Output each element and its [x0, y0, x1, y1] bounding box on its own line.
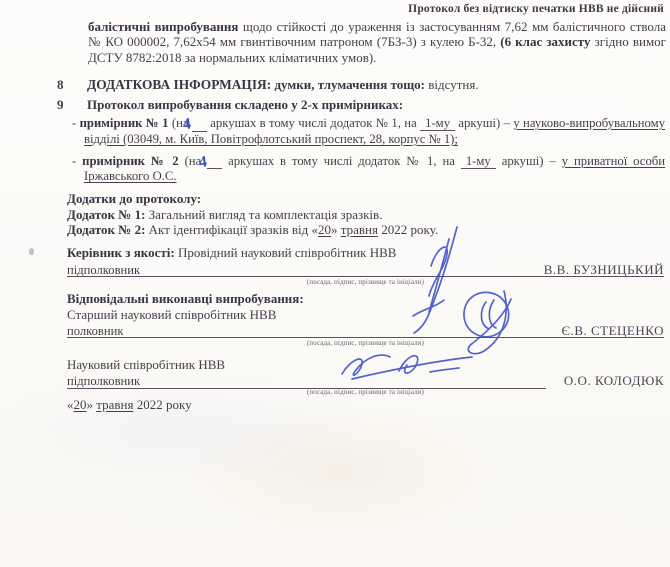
section-8-number: 8 [57, 77, 87, 93]
section-8-value: відсутня. [428, 77, 478, 92]
signature-caption: (посада, підпис, прізвище та ініціали) [67, 278, 664, 287]
copy-1-post: аркуші) – [458, 116, 510, 130]
bullet-dash: - [72, 154, 76, 168]
attachment-1-label: Додаток № 1: [67, 207, 145, 222]
section-9-title-row: 9Протокол випробування складено у 2-х пр… [57, 97, 665, 113]
paragraph-bold-class: (6 клас захисту [500, 34, 590, 49]
section-8-additional-info: 8ДОДАТКОВА ІНФОРМАЦІЯ: думки, тлумачення… [57, 77, 665, 93]
section-9-title: Протокол випробування складено у 2-х при… [87, 97, 403, 112]
copy-1-pages-blank: 4 [192, 116, 207, 132]
copy-item-2: - примірник № 2 (на 4 аркушах в тому чис… [72, 154, 665, 185]
executors-title: Відповідальні виконавці випробування: [67, 291, 664, 307]
footer-date: «20» травня 2022 року [67, 397, 192, 413]
copy-2-handwritten-pages: 4 [208, 155, 210, 170]
attachment-2-text-pre: Акт ідентифікації зразків від « [149, 222, 318, 237]
attachment-2-day: 20 [318, 222, 331, 237]
quality-head-rank: підполковник [67, 263, 140, 278]
copy-1-sheet-blank: 1-му [420, 116, 455, 131]
attachment-2-month: травня [341, 222, 378, 237]
executor-2-rank: підполковник [67, 374, 140, 388]
copy-1-mid: аркушах в тому числі додаток № 1, на [210, 116, 416, 130]
section-8-label: ДОДАТКОВА ІНФОРМАЦІЯ: [87, 77, 271, 92]
attachment-1-text: Загальний вигляд та комплектація зразків… [149, 207, 383, 222]
executor-1-rank: полковник [67, 324, 123, 339]
attachment-1-line: Додаток № 1: Загальний вигляд та комплек… [67, 207, 438, 223]
executors-signature-block: Відповідальні виконавці випробування: Ст… [67, 291, 664, 397]
attachment-2-label: Додаток № 2: [67, 222, 145, 237]
signature-caption: (посада, підпис, прізвище та ініціали) [67, 339, 664, 348]
footer-day: 20 [74, 397, 87, 412]
copy-2-post: аркуші) – [502, 154, 556, 168]
ballistic-test-paragraph: балістичні випробування щодо стійкості д… [88, 19, 666, 65]
section-8-sublabel: думки, тлумачення тощо: [274, 77, 425, 92]
copy-1-handwritten-pages: 4 [192, 117, 194, 132]
attachments-block: Додатки до протоколу: Додаток № 1: Загал… [67, 191, 438, 238]
scan-artifact [29, 248, 34, 255]
quality-head-position: Провідний науковий співробітник НВВ [178, 245, 397, 260]
scanned-protocol-page: Протокол без відтиску печатки НВВ не дій… [0, 0, 670, 567]
signature-caption: (посада, підпис, прізвище та ініціали) [67, 388, 664, 397]
quality-head-name: В.В. БУЗНИЦЬКИЙ [544, 262, 664, 278]
executor-2-position: Науковий співробітник НВВ [67, 357, 664, 372]
copy-2-label: примірник № 2 [82, 154, 179, 168]
copy-2-sheet-blank: 1-му [461, 154, 496, 169]
executor-2-signature-line: підполковник О.О. КОЛОДЮК [67, 373, 664, 387]
attachment-2-line: Додаток № 2: Акт ідентифікації зразків в… [67, 222, 438, 238]
executor-1-signature-line: полковник Є.В. СТЕЦЕНКО [67, 323, 664, 338]
bullet-dash: - [72, 116, 76, 130]
paragraph-bold-lead: балістичні випробування [88, 19, 238, 34]
attachments-title: Додатки до протоколу: [67, 191, 438, 207]
copy-2-mid: аркушах в тому числі додаток № 1, на [228, 154, 455, 168]
copies-list: - примірник № 1 (на 4 аркушах в тому чис… [72, 116, 665, 184]
footer-year: 2022 року [137, 397, 192, 412]
copy-2-pages-blank: 4 [207, 154, 222, 170]
section-9-number: 9 [57, 97, 87, 113]
executor-1-name: Є.В. СТЕЦЕНКО [561, 323, 664, 339]
header-disclaimer: Протокол без відтиску печатки НВВ не дій… [408, 3, 664, 15]
footer-month: травня [96, 397, 133, 412]
quality-head-signature-line: підполковник В.В. БУЗНИЦЬКИЙ [67, 262, 664, 277]
quality-head-signature-block: Керівник з якості: Провідний науковий сп… [67, 245, 664, 287]
attachment-2-text-post: 2022 року. [381, 222, 438, 237]
copy-item-1: - примірник № 1 (на 4 аркушах в тому чис… [72, 116, 665, 147]
section-9-copies: 9Протокол випробування складено у 2-х пр… [57, 97, 665, 184]
quality-head-title-line: Керівник з якості: Провідний науковий сп… [67, 245, 664, 261]
quality-head-label: Керівник з якості: [67, 245, 175, 260]
attachment-2-quote: » [331, 222, 338, 237]
copy-1-label: примірник № 1 [80, 116, 169, 130]
executor-2-name: О.О. КОЛОДЮК [564, 373, 664, 389]
executor-1-position: Старший науковий співробітник НВВ [67, 307, 664, 322]
